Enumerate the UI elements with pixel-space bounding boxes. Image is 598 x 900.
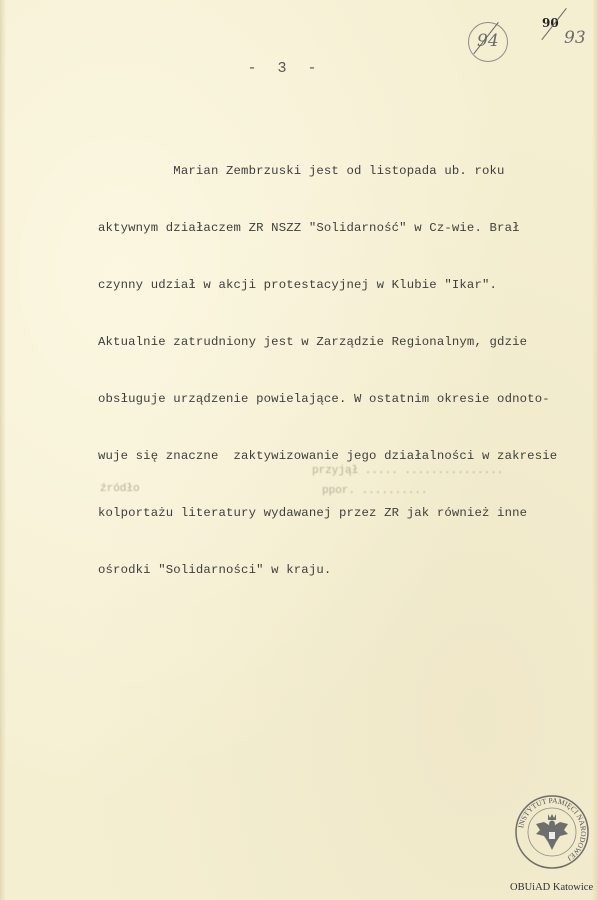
typed-paragraph: Marian Zembrzuski jest od listopada ub. … [98,124,588,618]
paragraph-line: czynny udział w akcji protestacyjnej w K… [98,276,588,295]
paragraph-line: obsługuje urządzenie powielające. W osta… [98,390,588,409]
paragraph-line: aktywnym działaczem ZR NSZZ "Solidarność… [98,219,588,238]
handwritten-old-page-number: 93 [564,28,586,48]
paragraph-line: wuje się znaczne zaktywizowanie jego dzi… [98,447,588,466]
handwritten-circled-number: 94 [468,22,508,62]
faded-signature-right-1: przyjął ..... ............... [312,465,503,477]
paragraph-line: Marian Zembrzuski jest od listopada ub. … [98,162,588,181]
stamp-caption: OBUiAD Katowice [510,882,598,893]
page-number: - 3 - [240,60,330,77]
paragraph-line: Aktualnie zatrudniony jest w Zarządzie R… [98,333,588,352]
faded-signature-left: źródło [100,483,140,495]
paragraph-line: ośrodki "Solidarności" w kraju. [98,561,588,580]
paragraph-line: kolportażu literatury wydawanej przez ZR… [98,504,588,523]
page-edge-left [0,0,6,900]
ipn-stamp-icon: INSTYTUT PAMIĘCI NARODOWEJ [514,794,590,870]
faded-signature-right-2: ppor. .......... [322,485,428,497]
page-edge-right [592,0,598,900]
document-page: - 3 - 94 90 93 Marian Zembrzuski jest od… [0,0,598,900]
